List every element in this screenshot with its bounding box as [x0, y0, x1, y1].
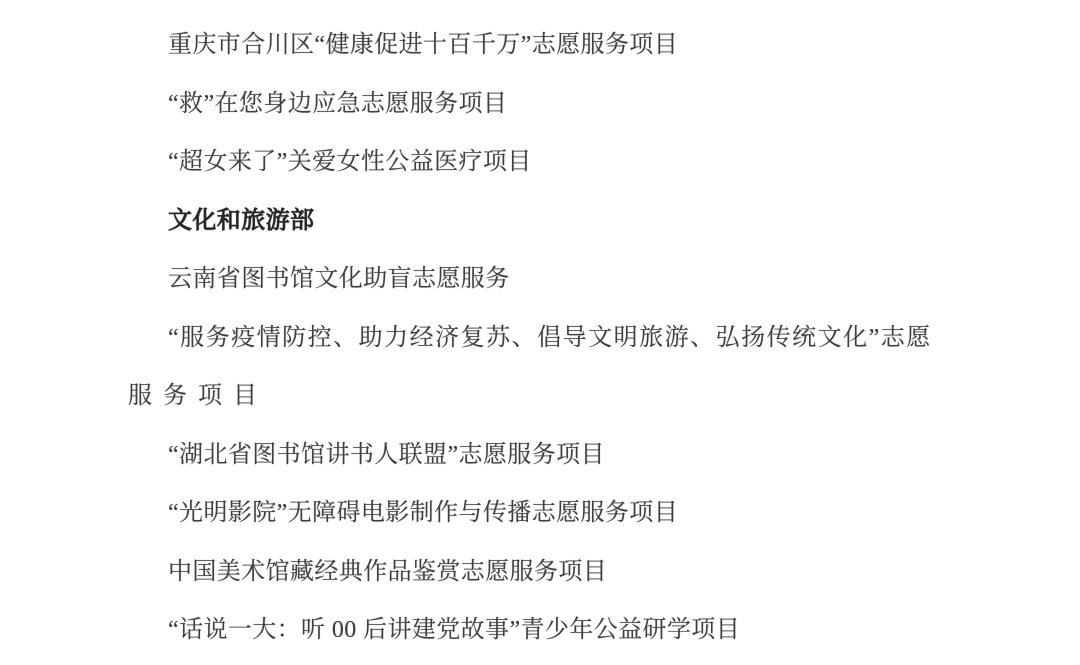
document-heading-line: 文化和旅游部 — [128, 192, 918, 251]
document-line: “救”在您身边应急志愿服务项目 — [128, 75, 918, 134]
document-line: 云南省图书馆文化助盲志愿服务 — [128, 250, 918, 309]
document-line: 重庆市合川区“健康促进十百千万”志愿服务项目 — [128, 16, 918, 75]
document-line: “话说一大：听 00 后讲建党故事”青少年公益研学项目 — [128, 601, 918, 660]
document-line: 服务项目 — [128, 367, 918, 426]
document-text-column: 重庆市合川区“健康促进十百千万”志愿服务项目“救”在您身边应急志愿服务项目“超女… — [128, 16, 918, 660]
document-line: “服务疫情防控、助力经济复苏、倡导文明旅游、弘扬传统文化”志愿 — [128, 309, 918, 368]
document-line: “光明影院”无障碍电影制作与传播志愿服务项目 — [128, 484, 918, 543]
document-line: 中国美术馆藏经典作品鉴赏志愿服务项目 — [128, 543, 918, 602]
document-line: “湖北省图书馆讲书人联盟”志愿服务项目 — [128, 426, 918, 485]
document-page: 重庆市合川区“健康促进十百千万”志愿服务项目“救”在您身边应急志愿服务项目“超女… — [0, 0, 1080, 665]
document-line: “超女来了”关爱女性公益医疗项目 — [128, 133, 918, 192]
